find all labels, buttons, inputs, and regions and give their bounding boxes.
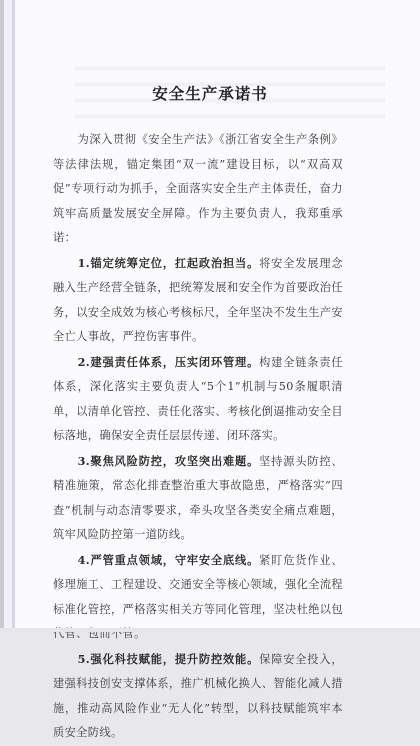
commitment-3: 3.聚焦风险防控，攻坚突出难题。坚持源头防控、精准施策，常态化排查整治重大事故隐… bbox=[53, 449, 343, 548]
document-title: 安全生产承诺书 bbox=[0, 82, 420, 104]
commitment-2: 2.建强责任体系，压实闭环管理。构建全链条责任体系，深化落实主要负责人“5个1”… bbox=[53, 350, 343, 449]
commitment-heading: 4.严管重点领域，守牢安全底线。 bbox=[78, 553, 260, 567]
scanned-page: 安全生产承诺书 为深入贯彻《安全生产法》《浙江省安全生产条例》等法律法规，锚定集… bbox=[0, 0, 420, 628]
commitment-heading: 3.聚焦风险防控，攻坚突出难题。 bbox=[78, 454, 260, 468]
page-bottom-border bbox=[0, 628, 420, 632]
intro-paragraph: 为深入贯彻《安全生产法》《浙江省安全生产条例》等法律法规，锚定集团“双一流”建设… bbox=[53, 128, 343, 251]
document-body: 为深入贯彻《安全生产法》《浙江省安全生产条例》等法律法规，锚定集团“双一流”建设… bbox=[53, 128, 343, 632]
commitment-1: 1.锚定统筹定位，扛起政治担当。将安全发展理念融入生产经营全链条，把统筹发展和安… bbox=[53, 251, 343, 350]
commitment-heading: 1.锚定统筹定位，扛起政治担当。 bbox=[78, 256, 260, 270]
commitment-heading: 2.建强责任体系，压实闭环管理。 bbox=[78, 355, 260, 369]
commitment-4: 4.严管重点领域，守牢安全底线。紧盯危货作业、修理施工、工程建设、交通安全等核心… bbox=[53, 548, 343, 633]
